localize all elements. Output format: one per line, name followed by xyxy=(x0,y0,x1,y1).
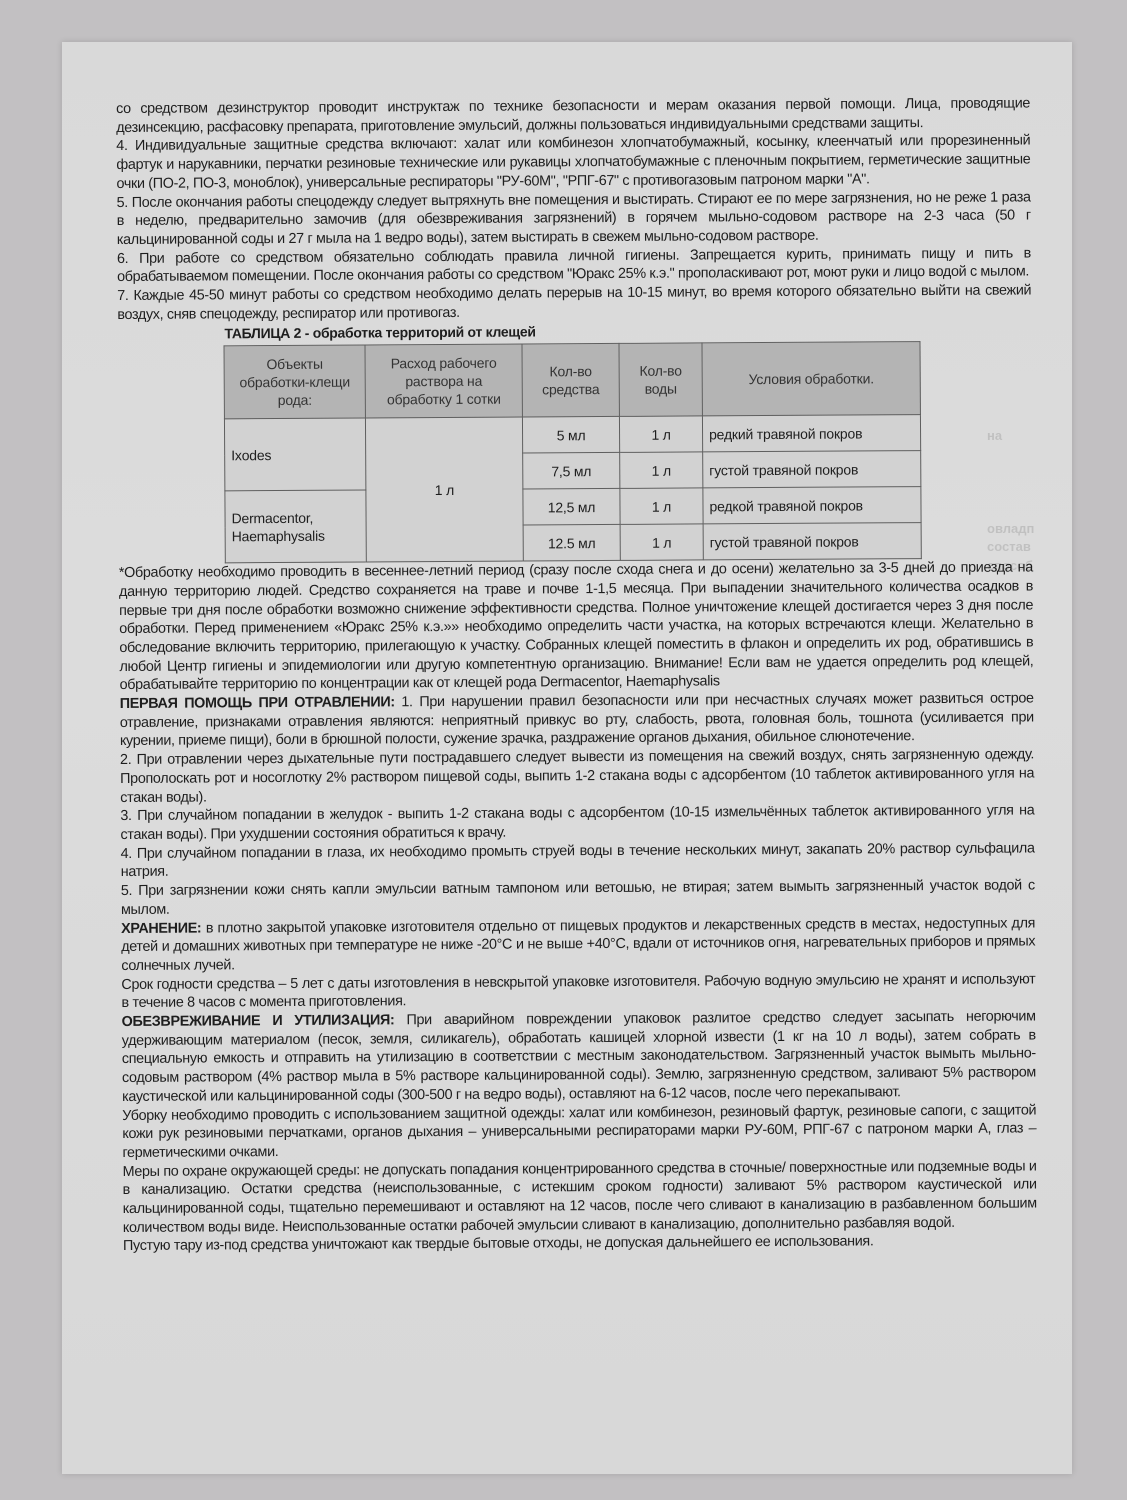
header-agent-amount: Кол-во средства xyxy=(522,344,619,418)
agent-cell: 7,5 мл xyxy=(523,453,620,490)
consumption-cell: 1 л xyxy=(365,417,523,562)
table-caption: ТАБЛИЦА 2 - обработка территорий от клещ… xyxy=(224,320,1031,344)
tick-treatment-table: Объекты обработки-клещи рода: Расход раб… xyxy=(224,341,922,563)
disposal-heading: ОБЕЗВРЕЖИВАНИЕ И УТИЛИЗАЦИЯ: xyxy=(122,1012,395,1030)
intro-paragraph: со средством дезинструктор проводит инст… xyxy=(116,94,1030,137)
header-conditions: Условия обработки. xyxy=(702,342,920,416)
safety-item-7: 7. Каждые 45-50 минут работы со средство… xyxy=(117,281,1031,324)
water-cell: 1 л xyxy=(620,488,703,525)
first-aid-item-3: 3. При случайном попадании в желудок - в… xyxy=(120,802,1034,845)
storage-text: в плотно закрытой упаковке изготовителя … xyxy=(121,915,1035,974)
agent-cell: 5 мл xyxy=(522,417,619,454)
storage-heading: ХРАНЕНИЕ: xyxy=(121,920,201,936)
treatment-note: *Обработку необходимо проводить в весенн… xyxy=(119,559,1034,696)
water-cell: 1 л xyxy=(620,524,703,561)
conditions-cell: густой травяной покров xyxy=(703,451,921,488)
conditions-cell: редкой травяной покров xyxy=(703,487,921,524)
table-header-row: Объекты обработки-клещи рода: Расход раб… xyxy=(224,342,920,419)
conditions-cell: редкий травяной покров xyxy=(702,415,920,452)
header-consumption: Расход рабочего раствора на обработку 1 … xyxy=(365,344,522,418)
shelf-life-text: Срок годности средства – 5 лет с даты из… xyxy=(121,970,1035,1013)
document-body: со средством дезинструктор проводит инст… xyxy=(116,94,1037,1256)
first-aid-heading: ПЕРВАЯ ПОМОЩЬ ПРИ ОТРАВЛЕНИИ: xyxy=(120,694,395,712)
table-row: Dermacentor, Haemaphysalis 12,5 мл 1 л р… xyxy=(225,487,921,527)
genus-cell: Dermacentor, Haemaphysalis xyxy=(225,490,366,563)
conditions-cell: густой травяной покров xyxy=(703,523,921,560)
table-row: Ixodes 1 л 5 мл 1 л редкий травяной покр… xyxy=(224,415,920,455)
header-genus: Объекты обработки-клещи рода: xyxy=(224,345,365,419)
safety-item-6: 6. При работе со средством обязательно с… xyxy=(117,244,1031,287)
first-aid-item-5: 5. При загрязнении кожи снять капли эмул… xyxy=(121,876,1035,919)
water-cell: 1 л xyxy=(620,452,703,489)
agent-cell: 12,5 мл xyxy=(523,489,620,526)
cleanup-text: Уборку необходимо проводить с использова… xyxy=(122,1101,1036,1163)
disposal-section: ОБЕЗВРЕЖИВАНИЕ И УТИЛИЗАЦИЯ: При аварийн… xyxy=(122,1007,1037,1106)
safety-item-4: 4. Индивидуальные защитные средства вклю… xyxy=(116,132,1030,194)
first-aid-section: ПЕРВАЯ ПОМОЩЬ ПРИ ОТРАВЛЕНИИ: 1. При нар… xyxy=(120,689,1034,751)
first-aid-item-4: 4. При случайном попадании в глаза, их н… xyxy=(121,839,1035,882)
header-water-amount: Кол-во воды xyxy=(619,343,702,417)
safety-item-5: 5. После окончания работы спецодежду сле… xyxy=(117,188,1031,250)
agent-cell: 12.5 мл xyxy=(523,525,620,562)
environment-text: Меры по охране окружающей среды: не допу… xyxy=(122,1157,1036,1237)
genus-cell: Ixodes xyxy=(224,418,365,491)
first-aid-item-2: 2. При отравлении через дыхательные пути… xyxy=(120,746,1034,808)
storage-section: ХРАНЕНИЕ: в плотно закрытой упаковке изг… xyxy=(121,914,1035,976)
water-cell: 1 л xyxy=(619,416,702,453)
